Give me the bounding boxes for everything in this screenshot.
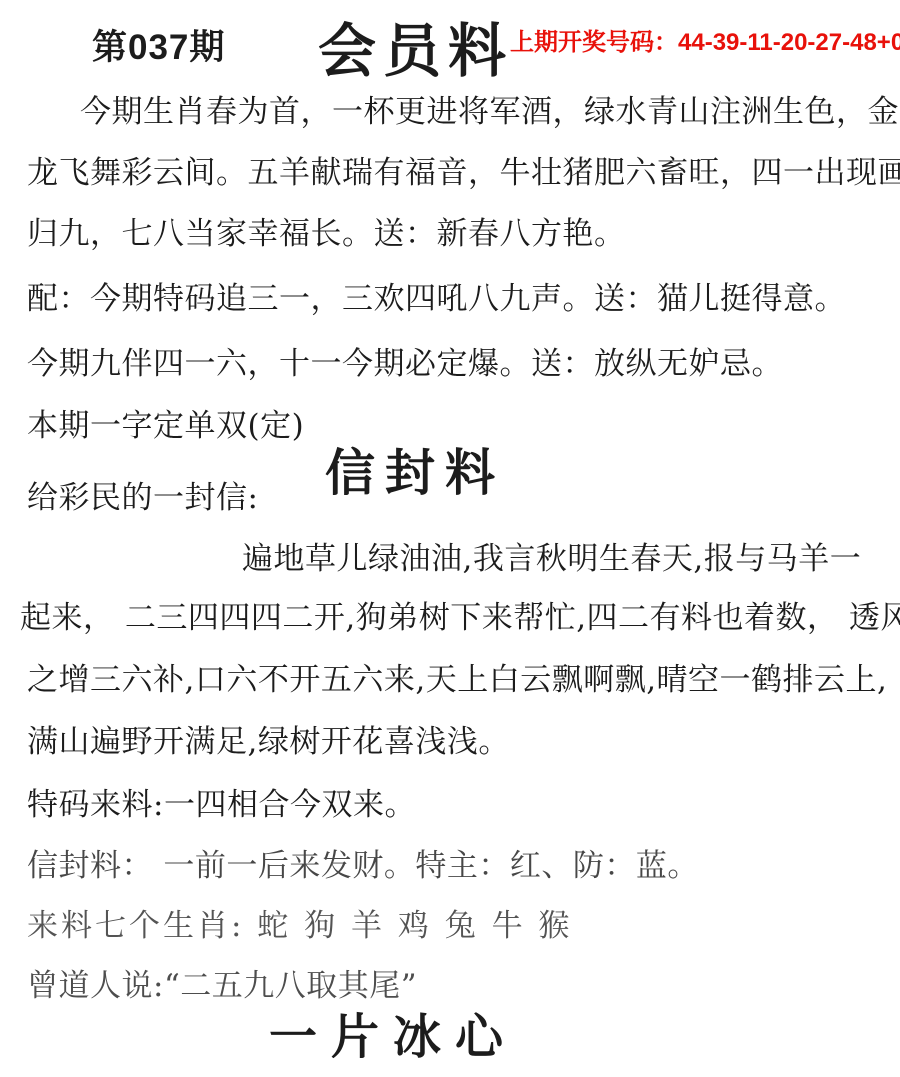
letter-intro: 给彩民的一封信: bbox=[27, 472, 258, 517]
letter-line: 起来， 二三四四四二开,狗弟树下来帮忙,四二有料也着数， 透风 bbox=[20, 592, 900, 637]
sheet-title: 会员料 bbox=[318, 4, 513, 88]
issue-number: 第037期 bbox=[92, 20, 225, 70]
letter-line: 遍地草儿绿油油,我言秋明生春天,报与马羊一 bbox=[242, 533, 861, 578]
last-draw-label: 上期开奖号码： bbox=[510, 29, 678, 56]
member-line: 归九，七八当家幸福长。送：新春八方艳。 bbox=[27, 208, 626, 253]
member-line: 龙飞舞彩云间。五羊献瑞有福音，牛壮猪肥六畜旺，四一出现画 bbox=[27, 147, 900, 192]
member-line: 今期生肖春为首，一杯更进将军酒，绿水青山注洲生色，金 bbox=[80, 86, 899, 131]
tip-line: 信封料： 一前一后来发财。特主：红、防：蓝。 bbox=[27, 840, 699, 885]
last-draw-numbers: 44-39-11-20-27-48+01 bbox=[678, 29, 900, 56]
member-line: 今期九伴四一六，十一今期必定爆。送：放纵无妒忌。 bbox=[27, 338, 783, 383]
member-line: 配：今期特码追三一，三欢四吼八九声。送：猫儿挺得意。 bbox=[27, 273, 846, 318]
signature: 一片冰心 bbox=[0, 998, 786, 1067]
tip-line: 来料七个生肖: 蛇 狗 羊 鸡 兔 牛 猴 bbox=[27, 900, 572, 945]
tip-line: 特码来料:一四相合今双来。 bbox=[27, 779, 416, 824]
last-draw-result: 上期开奖号码：44-39-11-20-27-48+01 bbox=[510, 22, 900, 57]
tip-sheet: 第037期 会员料 上期开奖号码：44-39-11-20-27-48+01 今期… bbox=[0, 0, 900, 1077]
letter-line: 满山遍野开满足,绿树开花喜浅浅。 bbox=[27, 716, 510, 761]
letter-line: 之增三六补,口六不开五六来,天上白云飘啊飘,晴空一鹤排云上, bbox=[27, 654, 887, 699]
